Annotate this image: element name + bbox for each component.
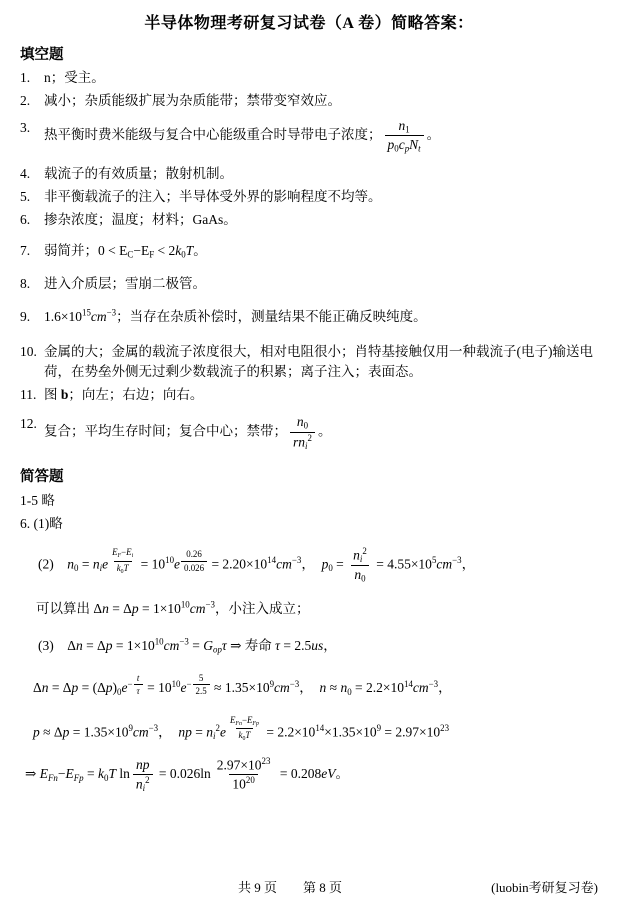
list-item: 3. 热平衡时费米能级与复合中心能级重合时导带电子浓度；n1p0cpNt。 [20, 118, 598, 154]
item-content: 非平衡载流子的注入；半导体受外界的影响程度不均等。 [44, 187, 598, 208]
short-section-heading: 简答题 [20, 465, 598, 486]
item-content: 掺杂浓度；温度；材料；GaAs。 [44, 210, 598, 231]
list-item: 1. n；受主。 [20, 68, 598, 89]
item-content: 图 b；向左；右边；向右。 [44, 385, 598, 406]
item-content: 弱简并；0 < EC−EF < 2k0T。 [44, 241, 598, 262]
page-footer: 共 9 页 第 8 页 (luobin考研复习卷) [20, 877, 598, 896]
item-number: 11. [20, 385, 44, 406]
list-item: 7. 弱简并；0 < EC−EF < 2k0T。 [20, 241, 598, 262]
item-content: 金属的大；金属的载流子浓度很大，相对电阻很小；肖特基接触仅用一种载流子(电子)输… [44, 342, 598, 384]
short-answer-lines: 1-5 略 6. (1)略 (2) n0 = nieEF−Eik0T = 101… [20, 490, 598, 793]
list-item: 5. 非平衡载流子的注入；半导体受外界的影响程度不均等。 [20, 187, 598, 208]
list-item: 12. 复合；平均生存时间；复合中心；禁带；n0rni2。 [20, 414, 598, 451]
list-item: 2. 减小；杂质能级扩展为杂质能带；禁带变窄效应。 [20, 91, 598, 112]
footer-total-pages: 共 9 页 [238, 877, 277, 896]
answer-line: (2) n0 = nieEF−Eik0T = 1010e0.260.026 = … [20, 547, 598, 584]
item-number: 7. [20, 241, 44, 262]
item-content: 热平衡时费米能级与复合中心能级重合时导带电子浓度；n1p0cpNt。 [44, 118, 598, 154]
answer-line: (3) Δn = Δp = 1×1010cm−3 = Gopτ ⇒ 寿命 τ =… [20, 635, 598, 657]
item-number: 2. [20, 91, 44, 112]
list-item: 9. 1.6×1015cm−3；当存在杂质补偿时，测量结果不能正确反映纯度。 [20, 307, 598, 328]
item-content: 1.6×1015cm−3；当存在杂质补偿时，测量结果不能正确反映纯度。 [44, 307, 598, 328]
page-title: 半导体物理考研复习试卷（A 卷）简略答案： [20, 10, 598, 33]
item-number: 12. [20, 414, 44, 451]
item-content: 进入介质层；雪崩二极管。 [44, 274, 598, 295]
item-number: 4. [20, 164, 44, 185]
item-number: 3. [20, 118, 44, 154]
answer-line: Δn = Δp = (Δp)0e−tτ = 1010e−52.5 ≈ 1.35×… [20, 673, 598, 699]
item-number: 9. [20, 307, 44, 328]
short-answer-section: 简答题 1-5 略 6. (1)略 (2) n0 = nieEF−Eik0T =… [20, 465, 598, 793]
item-number: 10. [20, 342, 44, 384]
footer-current-page: 第 8 页 [303, 877, 342, 896]
item-content: 复合；平均生存时间；复合中心；禁带；n0rni2。 [44, 414, 598, 451]
item-content: 减小；杂质能级扩展为杂质能带；禁带变窄效应。 [44, 91, 598, 112]
fill-list: 1. n；受主。 2. 减小；杂质能级扩展为杂质能带；禁带变窄效应。 3. 热平… [20, 68, 598, 451]
fill-in-section: 填空题 1. n；受主。 2. 减小；杂质能级扩展为杂质能带；禁带变窄效应。 3… [20, 43, 598, 451]
answer-line: ⇒ EFn−EFp = k0T lnnpni2 = 0.026ln2.97×10… [20, 757, 598, 793]
document-page: 半导体物理考研复习试卷（A 卷）简略答案： 填空题 1. n；受主。 2. 减小… [0, 0, 620, 924]
item-content: 载流子的有效质量；散射机制。 [44, 164, 598, 185]
list-item: 11. 图 b；向左；右边；向右。 [20, 385, 598, 406]
list-item: 8. 进入介质层；雪崩二极管。 [20, 274, 598, 295]
item-number: 6. [20, 210, 44, 231]
list-item: 6. 掺杂浓度；温度；材料；GaAs。 [20, 210, 598, 231]
answer-line: 6. (1)略 [20, 513, 598, 535]
answer-line: 1-5 略 [20, 490, 598, 512]
footer-watermark: (luobin考研复习卷) [491, 877, 598, 896]
answer-line: p ≈ Δp = 1.35×109cm−3， np = ni2eEFn−EFpk… [20, 715, 598, 743]
answer-line: 可以算出 Δn = Δp = 1×1010cm−3，小注入成立； [20, 598, 598, 620]
item-number: 5. [20, 187, 44, 208]
list-item: 4. 载流子的有效质量；散射机制。 [20, 164, 598, 185]
item-content: n；受主。 [44, 68, 598, 89]
item-number: 8. [20, 274, 44, 295]
fill-section-heading: 填空题 [20, 43, 598, 64]
item-number: 1. [20, 68, 44, 89]
list-item: 10. 金属的大；金属的载流子浓度很大，相对电阻很小；肖特基接触仅用一种载流子(… [20, 342, 598, 384]
